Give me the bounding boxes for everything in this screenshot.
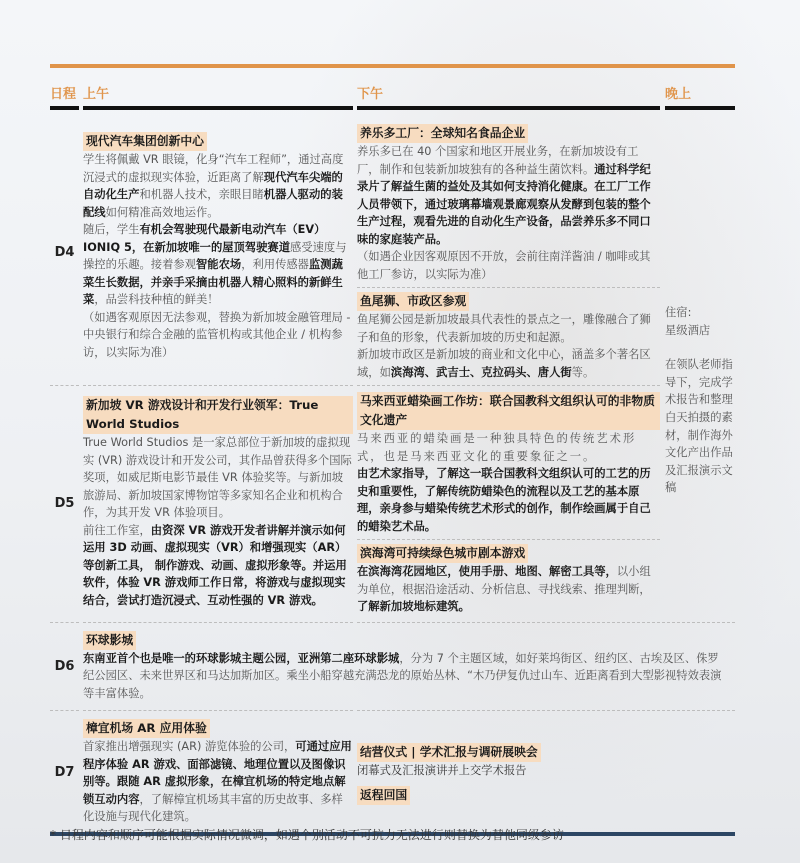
table-row-d6: D6 环球影城 东南亚首个也是唯一的环球影城主题公园，亚洲第二座环球影城，分为 … [50, 631, 735, 703]
d4-afternoon: 养乐多工厂：全球知名食品企业 养乐多已在 40 个国家和地区开展业务，在新加坡设… [357, 124, 660, 381]
d5-morning: 新加坡 VR 游戏设计和开发行业领军：True World Studios Tr… [83, 392, 353, 616]
itinerary-table: 日程 上午 下午 晚上 D4 现代汽车集团创新中心 学生将佩戴 VR 眼镜，化身… [50, 64, 735, 836]
header-morning: 上午 [83, 83, 353, 102]
activity-title: 滨海湾可持续绿色城市剧本游戏 [357, 544, 528, 563]
activity-note: （如遇客观原因无法参观，替换为新加坡金融管理局 - 中央银行和综合金融的监管机构… [83, 311, 351, 359]
table-row-d7: D7 樟宜机场 AR 应用体验 首家推出增强现实 (AR) 游览体验的公司，可通… [50, 719, 735, 826]
header-rules [50, 106, 735, 110]
evening-column: 住宿: 星级酒店 在领队老师指导下，完成学术报告和整理白天拍摄的素材，制作海外文… [665, 124, 735, 616]
activity-title: 养乐多工厂：全球知名食品企业 [357, 124, 528, 143]
activity-title: 环球影城 [83, 631, 136, 650]
table-header: 日程 上午 下午 晚上 [50, 80, 735, 104]
top-accent-rule [50, 64, 735, 68]
header-evening: 晚上 [665, 83, 735, 102]
activity-title: 新加坡 VR 游戏设计和开发行业领军：True World Studios [83, 396, 353, 434]
day-label: D5 [50, 392, 79, 616]
d7-afternoon: 结营仪式 | 学术汇报与调研展映会 闭幕式及汇报演讲并上交学术报告 返程回国 [357, 719, 660, 826]
table-row-d4: D4 现代汽车集团创新中心 学生将佩戴 VR 眼镜，化身“汽车工程师”，通过高度… [50, 124, 665, 381]
day-label: D6 [50, 631, 79, 703]
d4-morning: 现代汽车集团创新中心 学生将佩戴 VR 眼镜，化身“汽车工程师”，通过高度沉浸式… [83, 124, 353, 381]
d6-full-day: 环球影城 东南亚首个也是唯一的环球影城主题公园，亚洲第二座环球影城，分为 7 个… [83, 631, 723, 703]
activity-title: 马来西亚蜡染画工作坊：联合国教科文组织认可的非物质文化遗产 [357, 392, 660, 430]
row-separator [50, 710, 735, 711]
row-separator [50, 622, 735, 623]
d5-afternoon: 马来西亚蜡染画工作坊：联合国教科文组织认可的非物质文化遗产 马来西亚的蜡染画是一… [357, 392, 660, 616]
activity-title: 现代汽车集团创新中心 [83, 132, 207, 151]
stay-label: 住宿: [665, 304, 735, 322]
activity-title: 返程回国 [357, 786, 410, 805]
activity-note: （如遇企业因客观原因不开放，会前往南洋酱油 / 咖啡或其他工厂参访，以实际为准） [357, 250, 650, 281]
d7-morning: 樟宜机场 AR 应用体验 首家推出增强现实 (AR) 游览体验的公司，可通过应用… [83, 719, 353, 826]
evening-activity: 在领队老师指导下，完成学术报告和整理白天拍摄的素材，制作海外文化产出作品及汇报演… [665, 356, 735, 497]
table-row-d5: D5 新加坡 VR 游戏设计和开发行业领军：True World Studios… [50, 392, 665, 616]
header-afternoon: 下午 [357, 83, 660, 102]
header-day: 日程 [50, 83, 79, 102]
footnote: * 日程内容和顺序可能根据实际情况微调，如遇个别活动不可抗力无法进行则替换为替他… [50, 826, 564, 843]
activity-title: 樟宜机场 AR 应用体验 [83, 719, 210, 738]
day-label: D4 [50, 124, 79, 381]
activity-title: 鱼尾狮、市政区参观 [357, 292, 469, 311]
row-separator [50, 385, 665, 386]
stay-value: 星级酒店 [665, 322, 735, 340]
activity-title: 结营仪式 | 学术汇报与调研展映会 [357, 743, 541, 762]
day-label: D7 [50, 719, 79, 826]
